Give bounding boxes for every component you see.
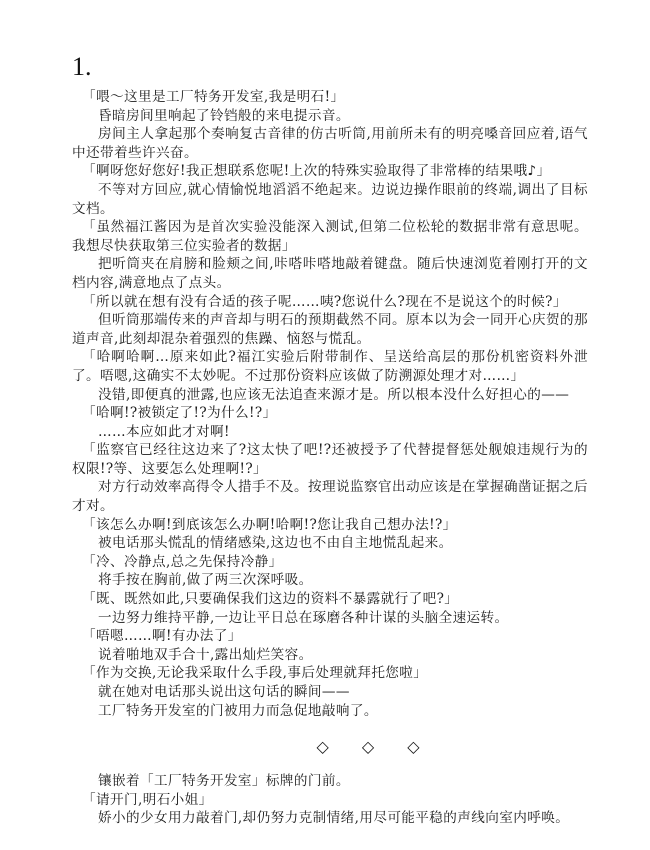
dialogue-line: 「监察官已经往这边来了?这太快了吧!?还被授予了代替提督惩处舰娘违规行为的权限!… <box>72 441 588 478</box>
narration-line: 被电话那头慌乱的情绪感染,这边也不由自主地慌乱起来。 <box>72 534 588 553</box>
narration-line: 说着啪地双手合十,露出灿烂笑容。 <box>72 646 588 665</box>
dialogue-line: 「该怎么办啊!到底该怎么办啊!哈啊!?您让我自己想办法!?」 <box>72 516 588 535</box>
narration-line: 一边努力维持平静,一边让平日总在琢磨各种计谋的头脑全速运转。 <box>72 609 588 628</box>
dialogue-line: 「冷、冷静点,总之先保持冷静」 <box>72 553 588 572</box>
diamond-icon: ◇ <box>316 732 342 762</box>
dialogue-line: 「请开门,明石小姐」 <box>72 791 588 810</box>
dialogue-line: 「喂～这里是工厂特务开发室,我是明石!」 <box>72 88 588 107</box>
dialogue-line: 「虽然福江酱因为是首次实验没能深入测试,但第二位松轮的数据非常有意思呢。我想尽快… <box>72 218 588 255</box>
dialogue-line: 「哈啊!?被锁定了!?为什么!?」 <box>72 404 588 423</box>
narration-line: 镶嵌着「工厂特务开发室」标牌的门前。 <box>72 772 588 791</box>
dialogue-line: 「所以就在想有没有合适的孩子呢……咦?您说什么?现在不是说这个的时候?」 <box>72 293 588 312</box>
diamond-icon: ◇ <box>407 732 433 762</box>
narration-line: 不等对方回应,就心情愉悦地滔滔不绝起来。边说边操作眼前的终端,调出了目标文档。 <box>72 181 588 218</box>
narration-line: ……本应如此才对啊! <box>72 423 588 442</box>
narration-line: 没错,即便真的泄露,也应该无法追查来源才是。所以根本没什么好担心的—— <box>72 386 588 405</box>
narration-line: 娇小的少女用力敲着门,却仍努力克制情绪,用尽可能平稳的声线向室内呼唤。 <box>72 809 588 828</box>
chapter-body: 「喂～这里是工厂特务开发室,我是明石!」 昏暗房间里响起了铃铛般的来电提示音。 … <box>72 88 588 828</box>
dialogue-line: 「作为交换,无论我采取什么手段,事后处理就拜托您啦」 <box>72 664 588 683</box>
scene-separator: ◇ ◇ ◇ <box>72 732 588 762</box>
narration-line: 对方行动效率高得令人措手不及。按理说监察官出动应该是在掌握确凿证据之后才对。 <box>72 478 588 515</box>
dialogue-line: 「哈啊哈啊…原来如此?福江实验后附带制作、呈送给高层的那份机密资料外泄了。唔嗯,… <box>72 348 588 385</box>
chapter-number: 1. <box>72 52 92 82</box>
narration-line: 把听筒夹在肩膀和脸颊之间,咔嗒咔嗒地敲着键盘。随后快速浏览着刚打开的文档内容,满… <box>72 255 588 292</box>
diamond-icon: ◇ <box>362 732 388 762</box>
narration-line: 将手按在胸前,做了两三次深呼吸。 <box>72 571 588 590</box>
dialogue-line: 「啊呀您好您好!我正想联系您呢!上次的特殊实验取得了非常棒的结果哦♪」 <box>72 162 588 181</box>
dialogue-line: 「唔嗯……啊!有办法了」 <box>72 627 588 646</box>
dialogue-line: 「既、既然如此,只要确保我们这边的资料不暴露就行了吧?」 <box>72 590 588 609</box>
narration-line: 就在她对电话那头说出这句话的瞬间—— <box>72 683 588 702</box>
narration-line: 工厂特务开发室的门被用力而急促地敲响了。 <box>72 702 588 721</box>
narration-line: 但听筒那端传来的声音却与明石的预期截然不同。原本以为会一同开心庆贺的那道声音,此… <box>72 311 588 348</box>
narration-line: 房间主人拿起那个奏响复古音律的仿古听筒,用前所未有的明亮嗓音回应着,语气中还带着… <box>72 125 588 162</box>
narration-line: 昏暗房间里响起了铃铛般的来电提示音。 <box>72 107 588 126</box>
